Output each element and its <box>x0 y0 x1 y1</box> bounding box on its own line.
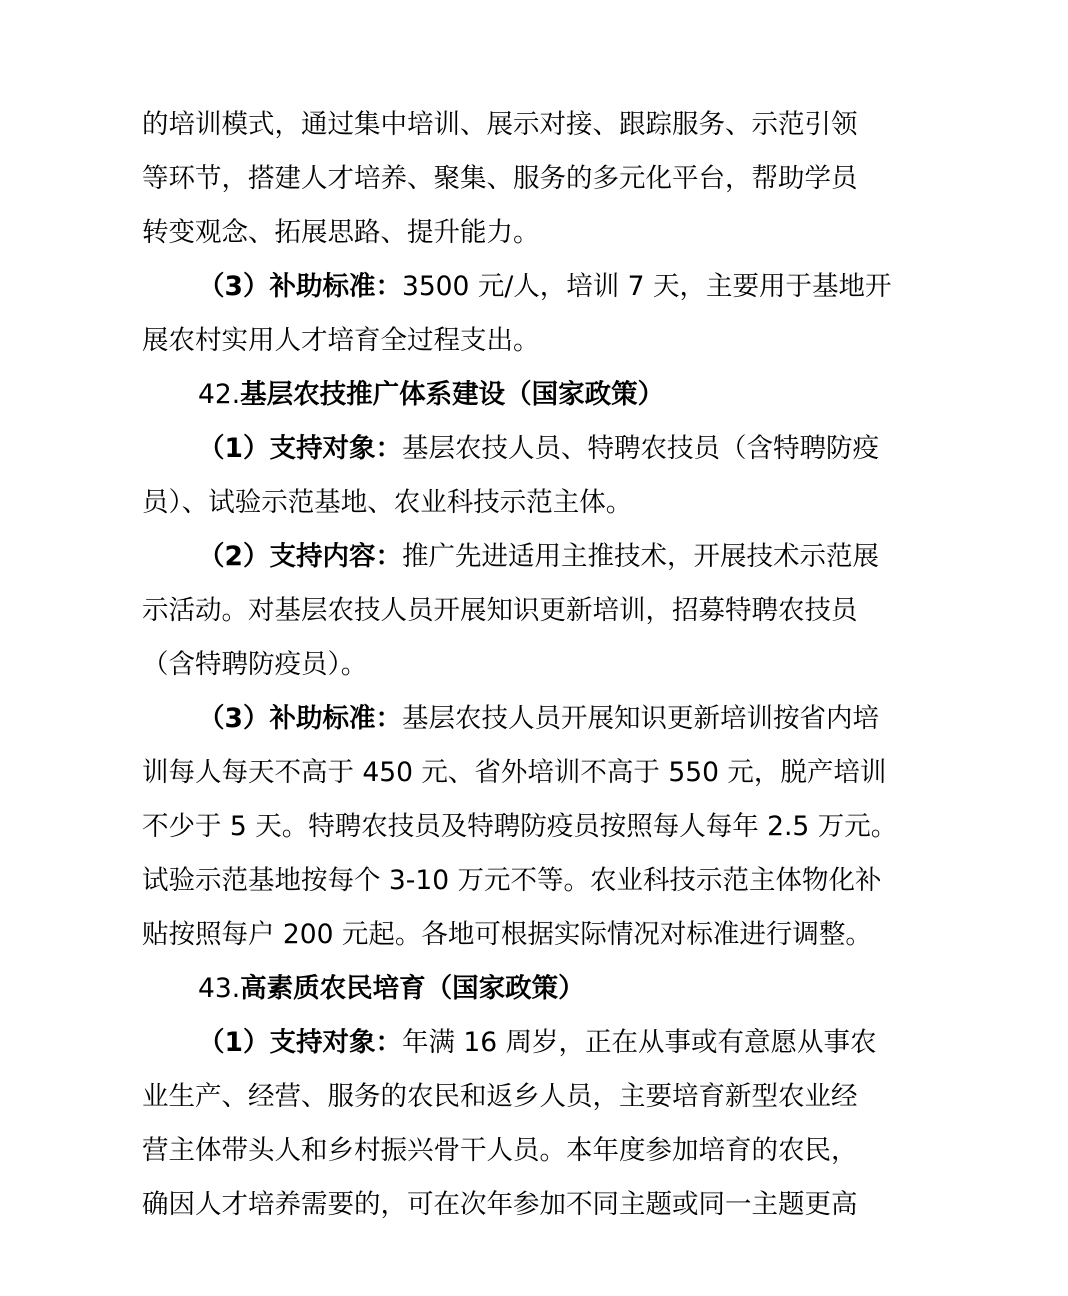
text-line: 的培训模式，通过集中培训、展示对接、跟踪服务、示范引领 <box>142 98 938 152</box>
item-text: 年满 16 周岁，正在从事或有意愿从事农 <box>402 1027 877 1058</box>
item-label: （3）补助标准： <box>198 271 402 302</box>
text-line: 员）、试验示范基地、农业科技示范主体。 <box>142 476 938 530</box>
text-line: 不少于 5 天。特聘农技员及特聘防疫员按照每人每年 2.5 万元。 <box>142 800 938 854</box>
item-text: 基层农技人员、特聘农技员（含特聘防疫 <box>402 433 879 464</box>
paragraph-training-model: 的培训模式，通过集中培训、展示对接、跟踪服务、示范引领 等环节，搭建人才培养、聚… <box>142 98 938 260</box>
item-text: 3500 元/人，培训 7 天，主要用于基地开 <box>402 271 892 302</box>
document-page: 的培训模式，通过集中培训、展示对接、跟踪服务、示范引领 等环节，搭建人才培养、聚… <box>142 98 938 1232</box>
text-line: 业生产、经营、服务的农民和返乡人员，主要培育新型农业经 <box>142 1070 938 1124</box>
paragraph-42-support-content: （2）支持内容：推广先进适用主推技术，开展技术示范展 示活动。对基层农技人员开展… <box>142 530 938 692</box>
section-number: 43. <box>198 973 240 1004</box>
text-line: 确因人才培养需要的，可在次年参加不同主题或同一主题更高 <box>142 1178 938 1232</box>
text-line: （3）补助标准：3500 元/人，培训 7 天，主要用于基地开 <box>142 260 938 314</box>
item-label: （3）补助标准： <box>198 703 402 734</box>
text-line: 试验示范基地按每个 3-10 万元不等。农业科技示范主体物化补 <box>142 854 938 908</box>
paragraph-42-support-target: （1）支持对象：基层农技人员、特聘农技员（含特聘防疫 员）、试验示范基地、农业科… <box>142 422 938 530</box>
text-line: 等环节，搭建人才培养、聚集、服务的多元化平台，帮助学员 <box>142 152 938 206</box>
item-text: 基层农技人员开展知识更新培训按省内培 <box>402 703 879 734</box>
paragraph-41-subsidy-standard: （3）补助标准：3500 元/人，培训 7 天，主要用于基地开 展农村实用人才培… <box>142 260 938 368</box>
item-text: 推广先进适用主推技术，开展技术示范展 <box>402 541 879 572</box>
text-line: 训每人每天不高于 450 元、省外培训不高于 550 元，脱产培训 <box>142 746 938 800</box>
text-line: （2）支持内容：推广先进适用主推技术，开展技术示范展 <box>142 530 938 584</box>
section-heading-42: 42.基层农技推广体系建设（国家政策） <box>142 368 938 422</box>
paragraph-42-subsidy-standard: （3）补助标准：基层农技人员开展知识更新培训按省内培 训每人每天不高于 450 … <box>142 692 938 962</box>
item-label: （1）支持对象： <box>198 1027 402 1058</box>
item-label: （2）支持内容： <box>198 541 402 572</box>
section-title: 高素质农民培育（国家政策） <box>240 973 585 1004</box>
text-line: 转变观念、拓展思路、提升能力。 <box>142 206 938 260</box>
text-line: 示活动。对基层农技人员开展知识更新培训，招募特聘农技员 <box>142 584 938 638</box>
text-line: 营主体带头人和乡村振兴骨干人员。本年度参加培育的农民， <box>142 1124 938 1178</box>
text-line: （1）支持对象：基层农技人员、特聘农技员（含特聘防疫 <box>142 422 938 476</box>
item-label: （1）支持对象： <box>198 433 402 464</box>
section-heading-43: 43.高素质农民培育（国家政策） <box>142 962 938 1016</box>
text-line: （1）支持对象：年满 16 周岁，正在从事或有意愿从事农 <box>142 1016 938 1070</box>
section-title: 基层农技推广体系建设（国家政策） <box>240 379 664 410</box>
section-number: 42. <box>198 379 240 410</box>
text-line: 贴按照每户 200 元起。各地可根据实际情况对标准进行调整。 <box>142 908 938 962</box>
paragraph-43-support-target: （1）支持对象：年满 16 周岁，正在从事或有意愿从事农 业生产、经营、服务的农… <box>142 1016 938 1232</box>
text-line: （含特聘防疫员）。 <box>142 638 938 692</box>
text-line: （3）补助标准：基层农技人员开展知识更新培训按省内培 <box>142 692 938 746</box>
text-line: 展农村实用人才培育全过程支出。 <box>142 314 938 368</box>
